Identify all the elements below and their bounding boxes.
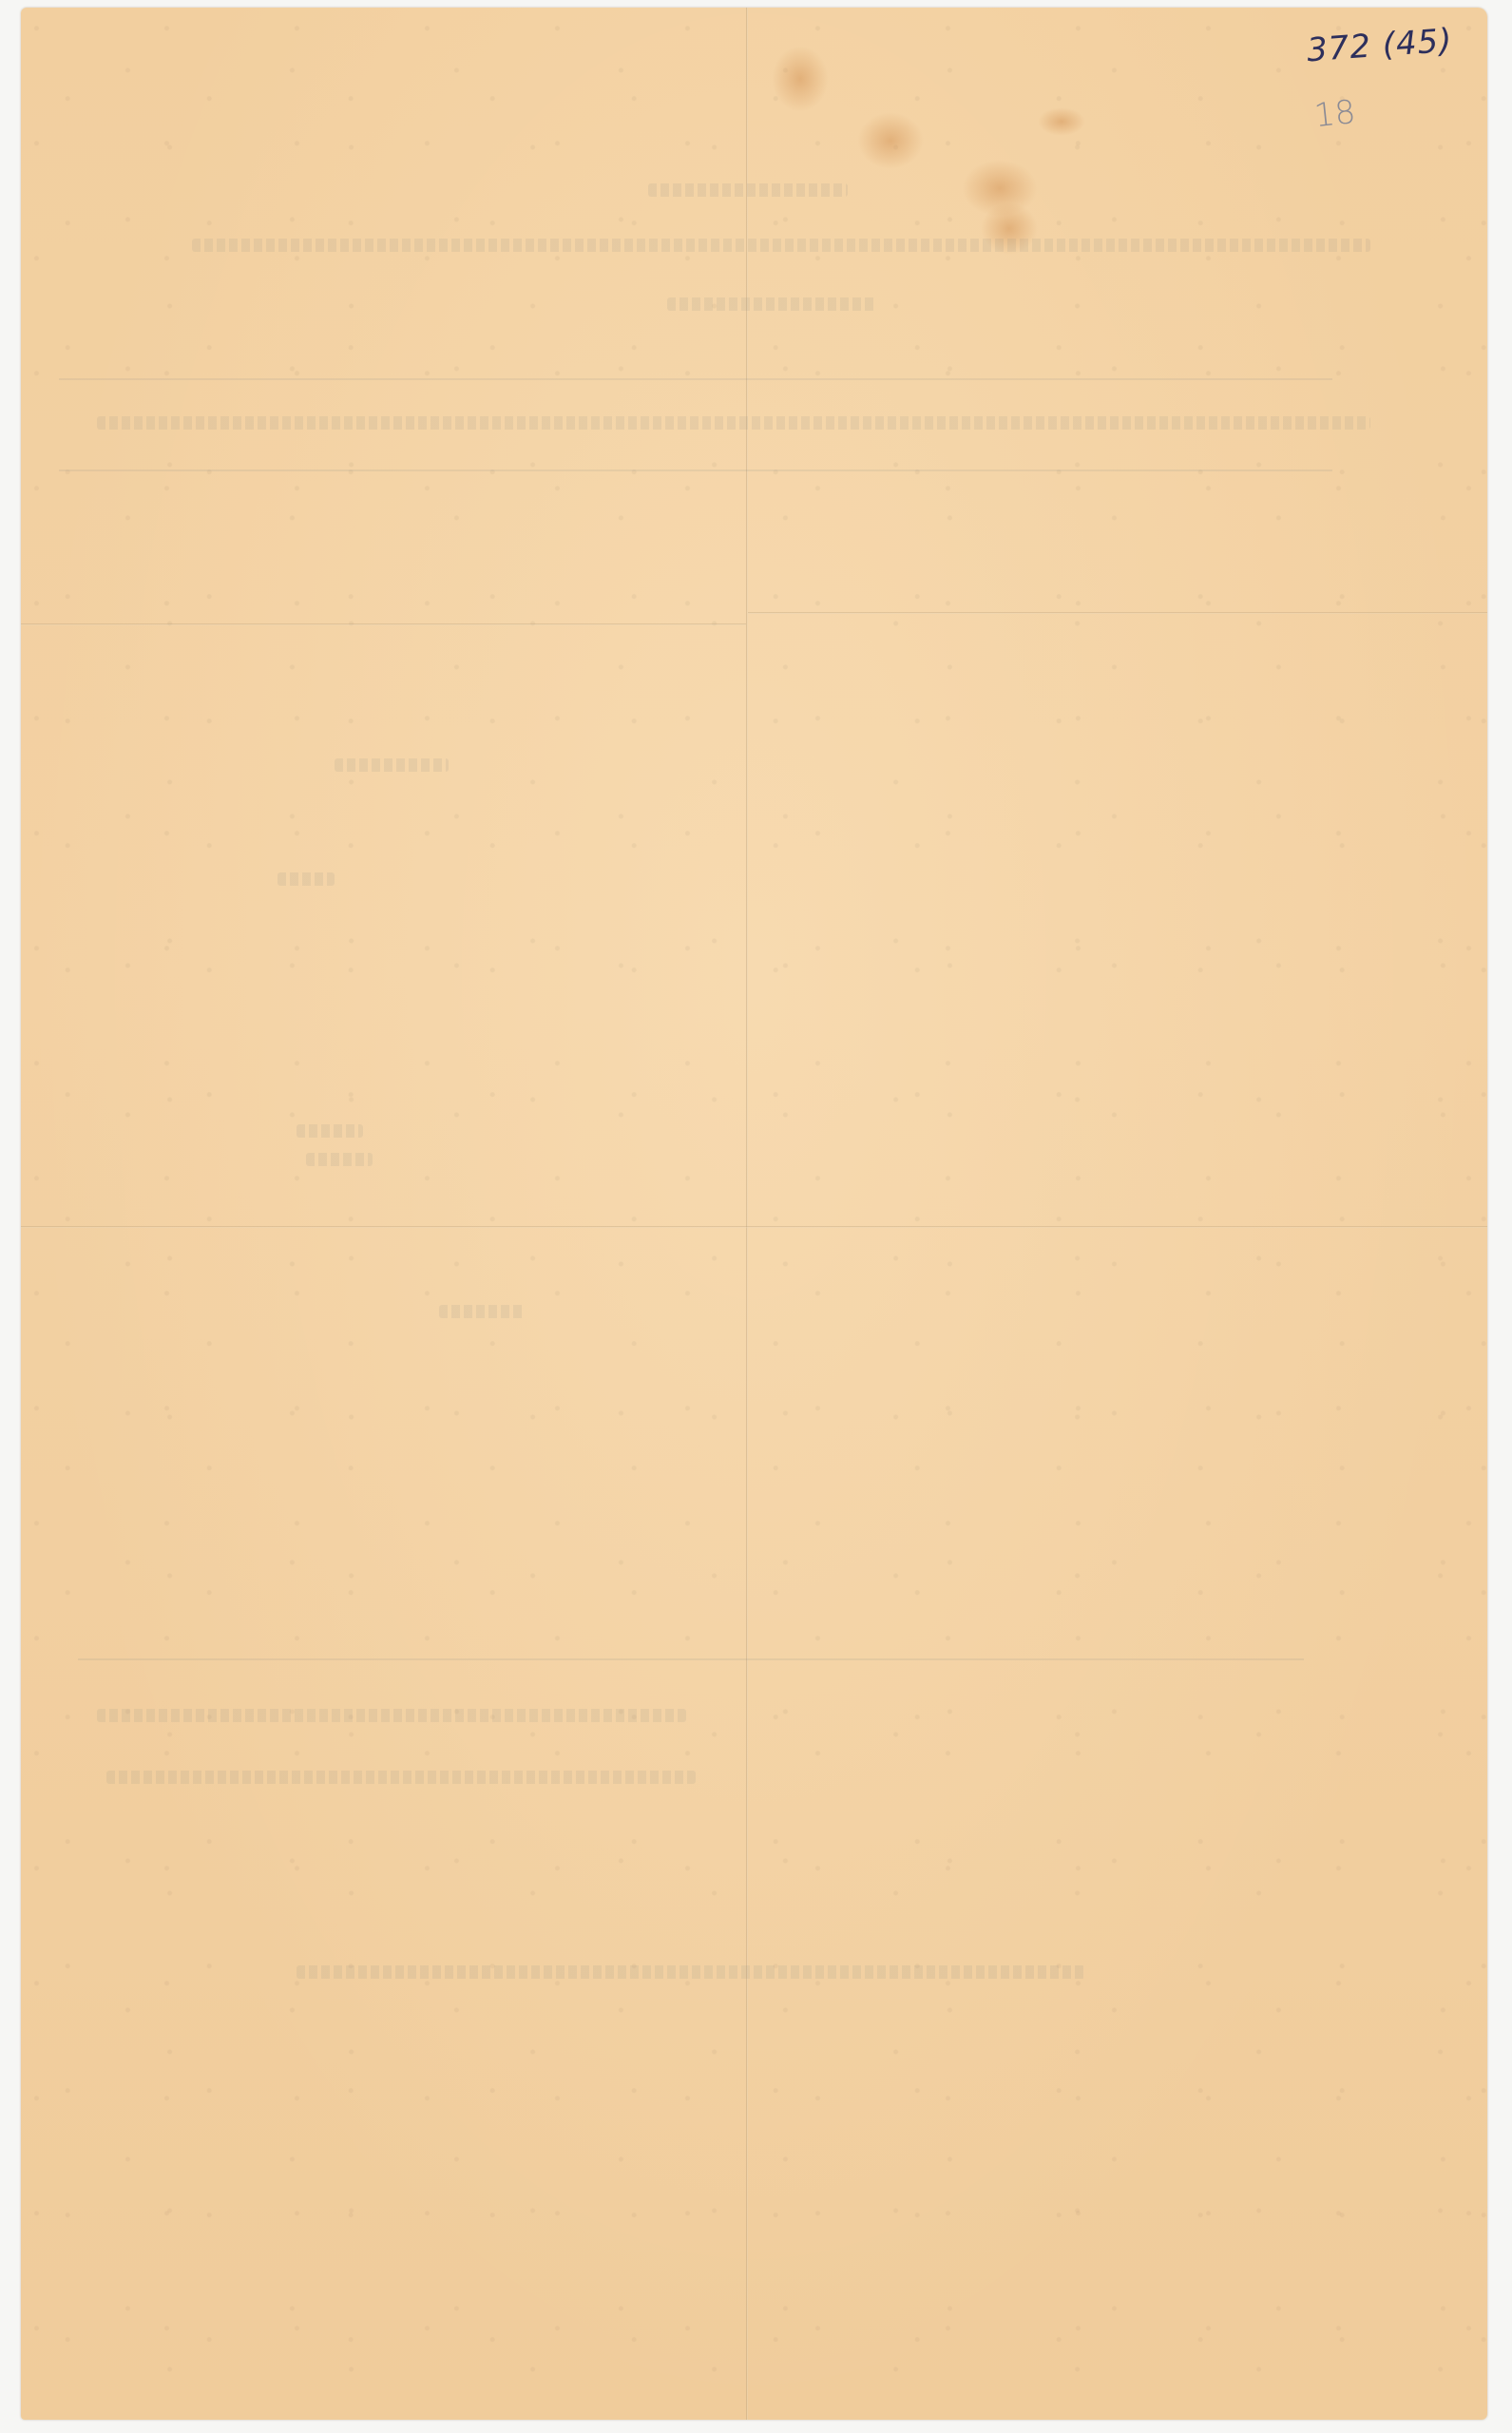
foxing-stain — [1038, 107, 1085, 136]
show-through-text-line — [97, 1709, 686, 1722]
show-through-table-header — [97, 416, 1370, 430]
show-through-handwriting — [306, 1153, 373, 1166]
show-through-rule — [59, 469, 1332, 471]
vertical-fold-crease — [746, 8, 748, 2420]
show-through-handwriting — [439, 1305, 525, 1318]
pencil-number-annotation: 18 — [1312, 93, 1357, 135]
show-through-rule — [59, 378, 1332, 380]
lower-fold-crease — [21, 1226, 1487, 1228]
foxing-stain — [857, 112, 924, 169]
document-page — [21, 8, 1487, 2420]
show-through-handwriting — [297, 1124, 363, 1138]
show-through-handwriting — [278, 872, 335, 886]
show-through-text-line — [297, 1965, 1085, 1979]
show-through-handwriting — [335, 758, 449, 772]
upper-fold-crease-right — [748, 612, 1487, 614]
show-through-text-line — [192, 239, 1370, 252]
upper-fold-crease-left — [21, 623, 746, 625]
show-through-text-line — [106, 1771, 696, 1784]
foxing-stain — [772, 46, 829, 112]
show-through-heading — [648, 183, 848, 197]
show-through-text-line — [667, 297, 876, 311]
show-through-rule — [78, 1658, 1304, 1660]
